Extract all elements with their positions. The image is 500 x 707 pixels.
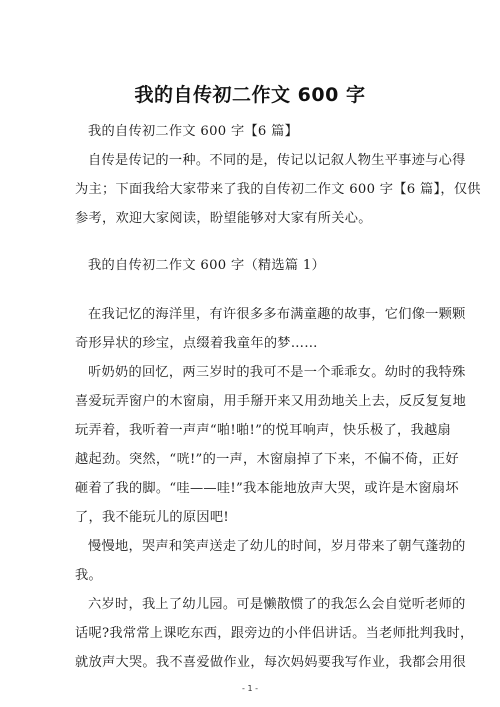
body-line: 就放声大哭。我不喜爱做作业，每次妈妈要我写作业，我都会用很	[75, 655, 425, 671]
body-line: 慢慢地，哭声和笑声送走了幼儿的时间，岁月带来了朝气蓬勃的	[88, 539, 438, 555]
body-line: 六岁时，我上了幼儿园。可是懒散惯了的我怎么会自觉听老师的	[88, 597, 438, 613]
body-line: 砸着了我的脚。“哇——哇!”我本能地放声大哭，或许是木窗扇坏	[75, 481, 425, 497]
body-line: 喜爱玩弄窗户的木窗扇，用手掰开来又用劲地关上去，反反复复地	[75, 394, 425, 410]
document-title: 我的自传初二作文 600 字	[0, 80, 500, 107]
document-subtitle: 我的自传初二作文 600 字【6 篇】	[88, 124, 438, 140]
page-number: - 1 -	[0, 684, 500, 693]
body-line: 我。	[75, 568, 425, 584]
body-line: 奇形异状的珍宝，点缀着我童年的梦……	[75, 336, 425, 352]
body-line: 了，我不能玩儿的原因吧!	[75, 510, 425, 526]
section-heading: 我的自传初二作文 600 字（精选篇 1）	[88, 258, 438, 274]
body-line: 话呢?我常常上课吃东西，跟旁边的小伴侣讲话。当老师批判我时，	[75, 626, 425, 642]
intro-line: 自传是传记的一种。不同的是，传记以记叙人物生平事迹与心得	[88, 153, 438, 169]
body-line: 越起劲。突然，“咣!”的一声，木窗扇掉了下来，不偏不倚，正好	[75, 452, 425, 468]
intro-line: 参考，欢迎大家阅读，盼望能够对大家有所关心。	[75, 211, 425, 227]
body-line: 在我记忆的海洋里，有许很多多布满童趣的故事，它们像一颗颗	[88, 307, 438, 323]
body-line: 玩弄着，我听着一声声“啪!啪!”的悦耳响声，快乐极了，我越扇	[75, 423, 425, 439]
body-line: 听奶奶的回忆，两三岁时的我可不是一个乖乖女。幼时的我特殊	[88, 365, 438, 381]
intro-line: 为主；下面我给大家带来了我的自传初二作文 600 字【6 篇】，仅供	[75, 182, 425, 198]
